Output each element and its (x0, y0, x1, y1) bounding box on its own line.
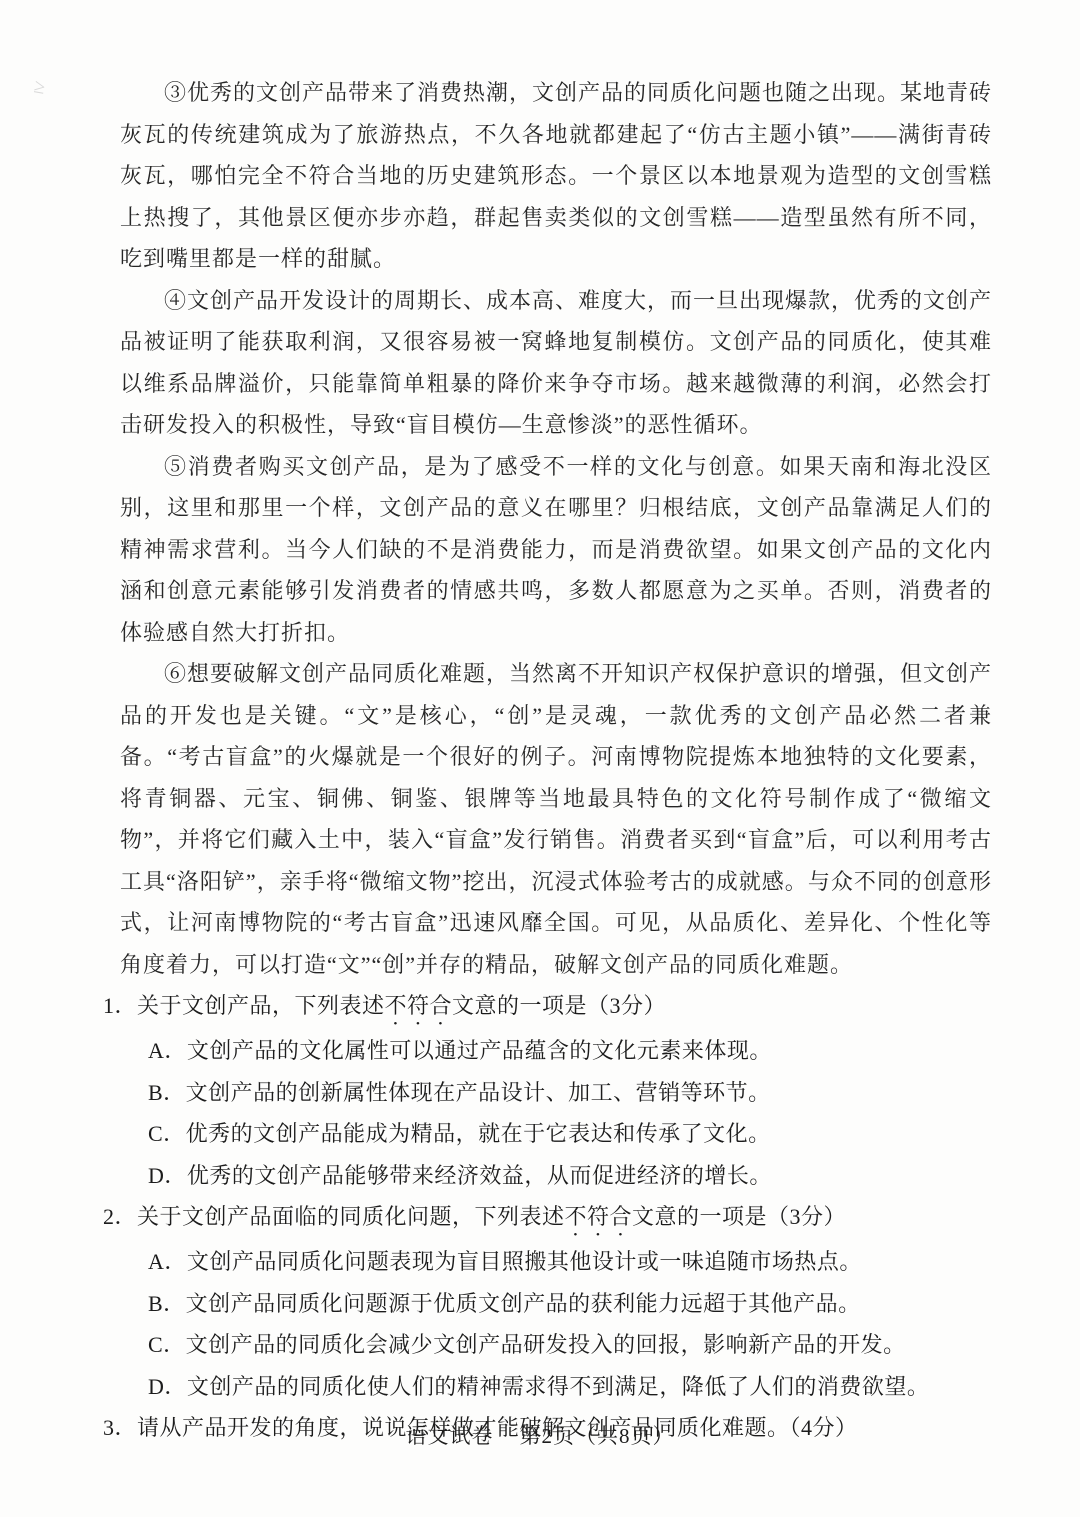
passage-paragraph-5: ⑤消费者购买文创产品，是为了感受不一样的文化与创意。如果天南和海北没区别，这里和… (120, 446, 992, 654)
passage-paragraph-6: ⑥想要破解文创产品同质化难题，当然离不开知识产权保护意识的增强，但文创产品的开发… (120, 653, 992, 985)
exam-paper-page: ≥ ③优秀的文创产品带来了消费热潮，文创产品的同质化问题也随之出现。某地青砖灰瓦… (0, 0, 1080, 1517)
question-1-options: A．文创产品的文化属性可以通过产品蕴含的文化元素来体现。 B．文创产品的创新属性… (103, 1030, 992, 1196)
scan-artifact-mark: ≥ (32, 75, 47, 100)
question-1-option-a: A．文创产品的文化属性可以通过产品蕴含的文化元素来体现。 (148, 1030, 992, 1072)
question-2-emphasis-text: 不符合 (565, 1204, 633, 1229)
question-2-stem-pre: 关于文创产品面临的同质化问题，下列表述 (137, 1204, 565, 1229)
question-1-stem-post: 文意的一项是（3分） (452, 993, 666, 1018)
question-2-stem: 2．关于文创产品面临的同质化问题，下列表述不符合文意的一项是（3分） (103, 1196, 992, 1241)
question-2-options: A．文创产品同质化问题表现为盲目照搬其他设计或一味追随市场热点。 B．文创产品同… (103, 1241, 992, 1407)
passage-paragraph-4: ④文创产品开发设计的周期长、成本高、难度大，而一旦出现爆款，优秀的文创产品被证明… (120, 280, 992, 446)
footer-page-info: 第2页（共8页） (520, 1424, 675, 1448)
question-section: 1．关于文创产品，下列表述不符合文意的一项是（3分） A．文创产品的文化属性可以… (103, 985, 992, 1452)
question-2-option-c: C．文创产品的同质化会减少文创产品研发投入的回报，影响新产品的开发。 (148, 1324, 992, 1366)
question-1-option-b: B．文创产品的创新属性体现在产品设计、加工、营销等环节。 (148, 1072, 992, 1114)
page-content: ③优秀的文创产品带来了消费热潮，文创产品的同质化问题也随之出现。某地青砖灰瓦的传… (103, 72, 992, 1452)
question-1-number: 1． (103, 993, 137, 1018)
question-1-option-d: D．优秀的文创产品能够带来经济效益，从而促进经济的增长。 (148, 1155, 992, 1197)
question-2: 2．关于文创产品面临的同质化问题，下列表述不符合文意的一项是（3分） A．文创产… (103, 1196, 992, 1407)
question-1-emphasis-text: 不符合 (385, 993, 453, 1018)
question-1-option-c: C．优秀的文创产品能成为精品，就在于它表达和传承了文化。 (148, 1113, 992, 1155)
footer-exam-label: 语文试卷 (406, 1424, 494, 1448)
question-2-option-d: D．文创产品的同质化使人们的精神需求得不到满足，降低了人们的消费欲望。 (148, 1366, 992, 1408)
question-2-number: 2． (103, 1204, 137, 1229)
question-1: 1．关于文创产品，下列表述不符合文意的一项是（3分） A．文创产品的文化属性可以… (103, 985, 992, 1196)
question-2-option-b: B．文创产品同质化问题源于优质文创产品的获利能力远超于其他产品。 (148, 1283, 992, 1325)
question-1-stem: 1．关于文创产品，下列表述不符合文意的一项是（3分） (103, 985, 992, 1030)
question-2-stem-post: 文意的一项是（3分） (632, 1204, 846, 1229)
passage-paragraph-3: ③优秀的文创产品带来了消费热潮，文创产品的同质化问题也随之出现。某地青砖灰瓦的传… (120, 72, 992, 280)
page-footer: 语文试卷第2页（共8页） (0, 1420, 1080, 1450)
question-1-stem-pre: 关于文创产品，下列表述 (137, 993, 385, 1018)
reading-passage: ③优秀的文创产品带来了消费热潮，文创产品的同质化问题也随之出现。某地青砖灰瓦的传… (103, 72, 992, 985)
question-2-option-a: A．文创产品同质化问题表现为盲目照搬其他设计或一味追随市场热点。 (148, 1241, 992, 1283)
